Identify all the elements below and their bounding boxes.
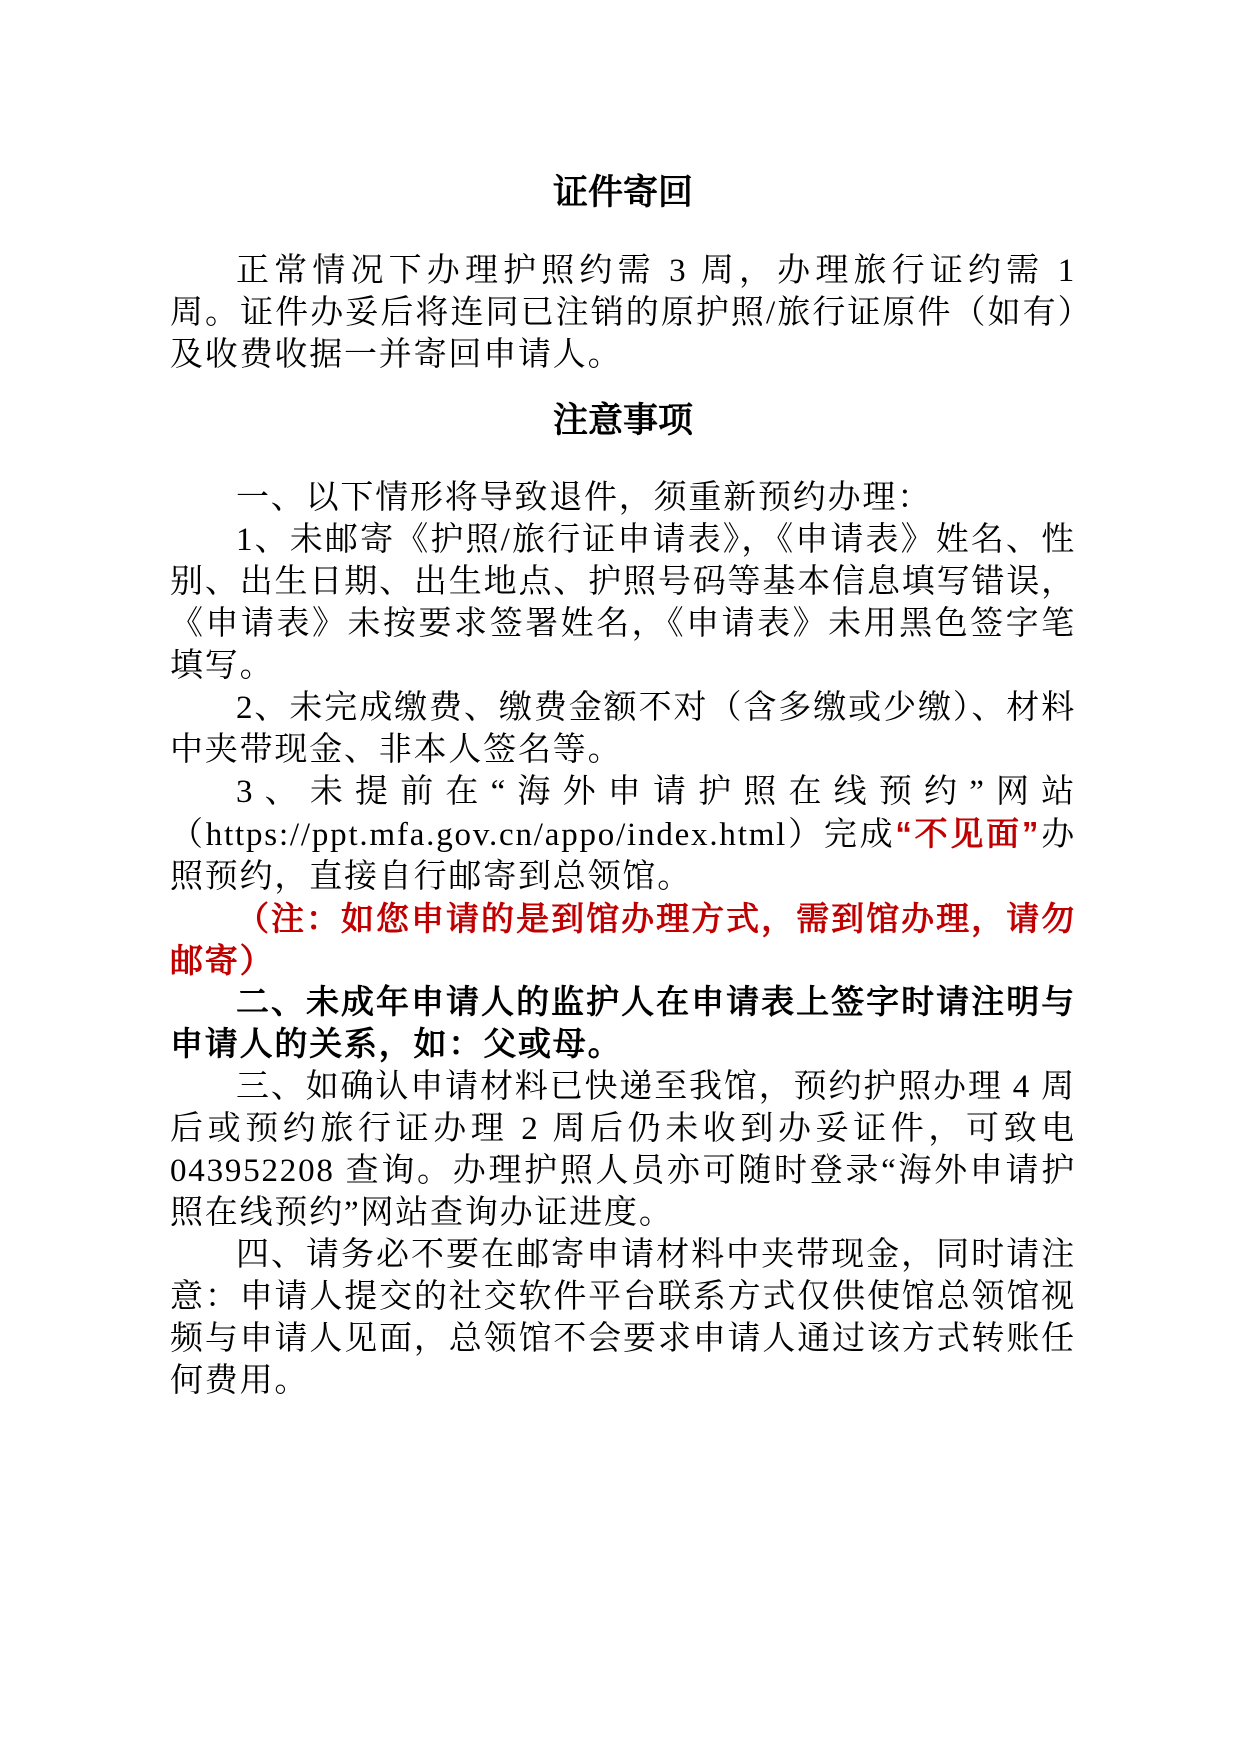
paragraph-processing-and-return: 正常情况下办理护照约需 3 周，办理旅行证约需 1 周。证件办妥后将连同已注销的… xyxy=(170,250,1076,376)
note-item-guardian-signature: 二、未成年申请人的监护人在申请表上签字时请注明与申请人的关系，如：父或母。 xyxy=(170,982,1076,1066)
red-warning-note: （注：如您申请的是到馆办理方式，需到馆办理，请勿邮寄） xyxy=(170,898,1076,982)
document-page: 证件寄回 正常情况下办理护照约需 3 周，办理旅行证约需 1 周。证件办妥后将连… xyxy=(0,0,1241,1754)
note-item-inquiry-phone: 三、如确认申请材料已快递至我馆，预约护照办理 4 周后或预约旅行证办理 2 周后… xyxy=(170,1066,1076,1234)
note-item-1-form-errors: 1、未邮寄《护照/旅行证申请表》，《申请表》姓名、性别、出生日期、出生地点、护照… xyxy=(170,519,1076,687)
no-meeting-highlight: “不见面” xyxy=(895,815,1040,852)
note-item-3-appointment: 3、未提前在“海外申请护照在线预约”网站（https://ppt.mfa.gov… xyxy=(170,771,1076,898)
note-intro-rejection-cases: 一、以下情形将导致退件，须重新预约办理： xyxy=(170,477,1076,519)
note-item-3-after-url: ）完成 xyxy=(787,817,895,853)
note-item-2-payment-errors: 2、未完成缴费、缴费金额不对（含多缴或少缴）、材料中夹带现金、非本人签名等。 xyxy=(170,687,1076,771)
appointment-url-text: https://ppt.mfa.gov.cn/appo/index.html xyxy=(206,817,787,853)
note-item-no-cash: 四、请务必不要在邮寄申请材料中夹带现金，同时请注意：申请人提交的社交软件平台联系… xyxy=(170,1234,1076,1402)
section-title-document-return: 证件寄回 xyxy=(170,172,1076,214)
section-title-notes: 注意事项 xyxy=(170,400,1076,442)
